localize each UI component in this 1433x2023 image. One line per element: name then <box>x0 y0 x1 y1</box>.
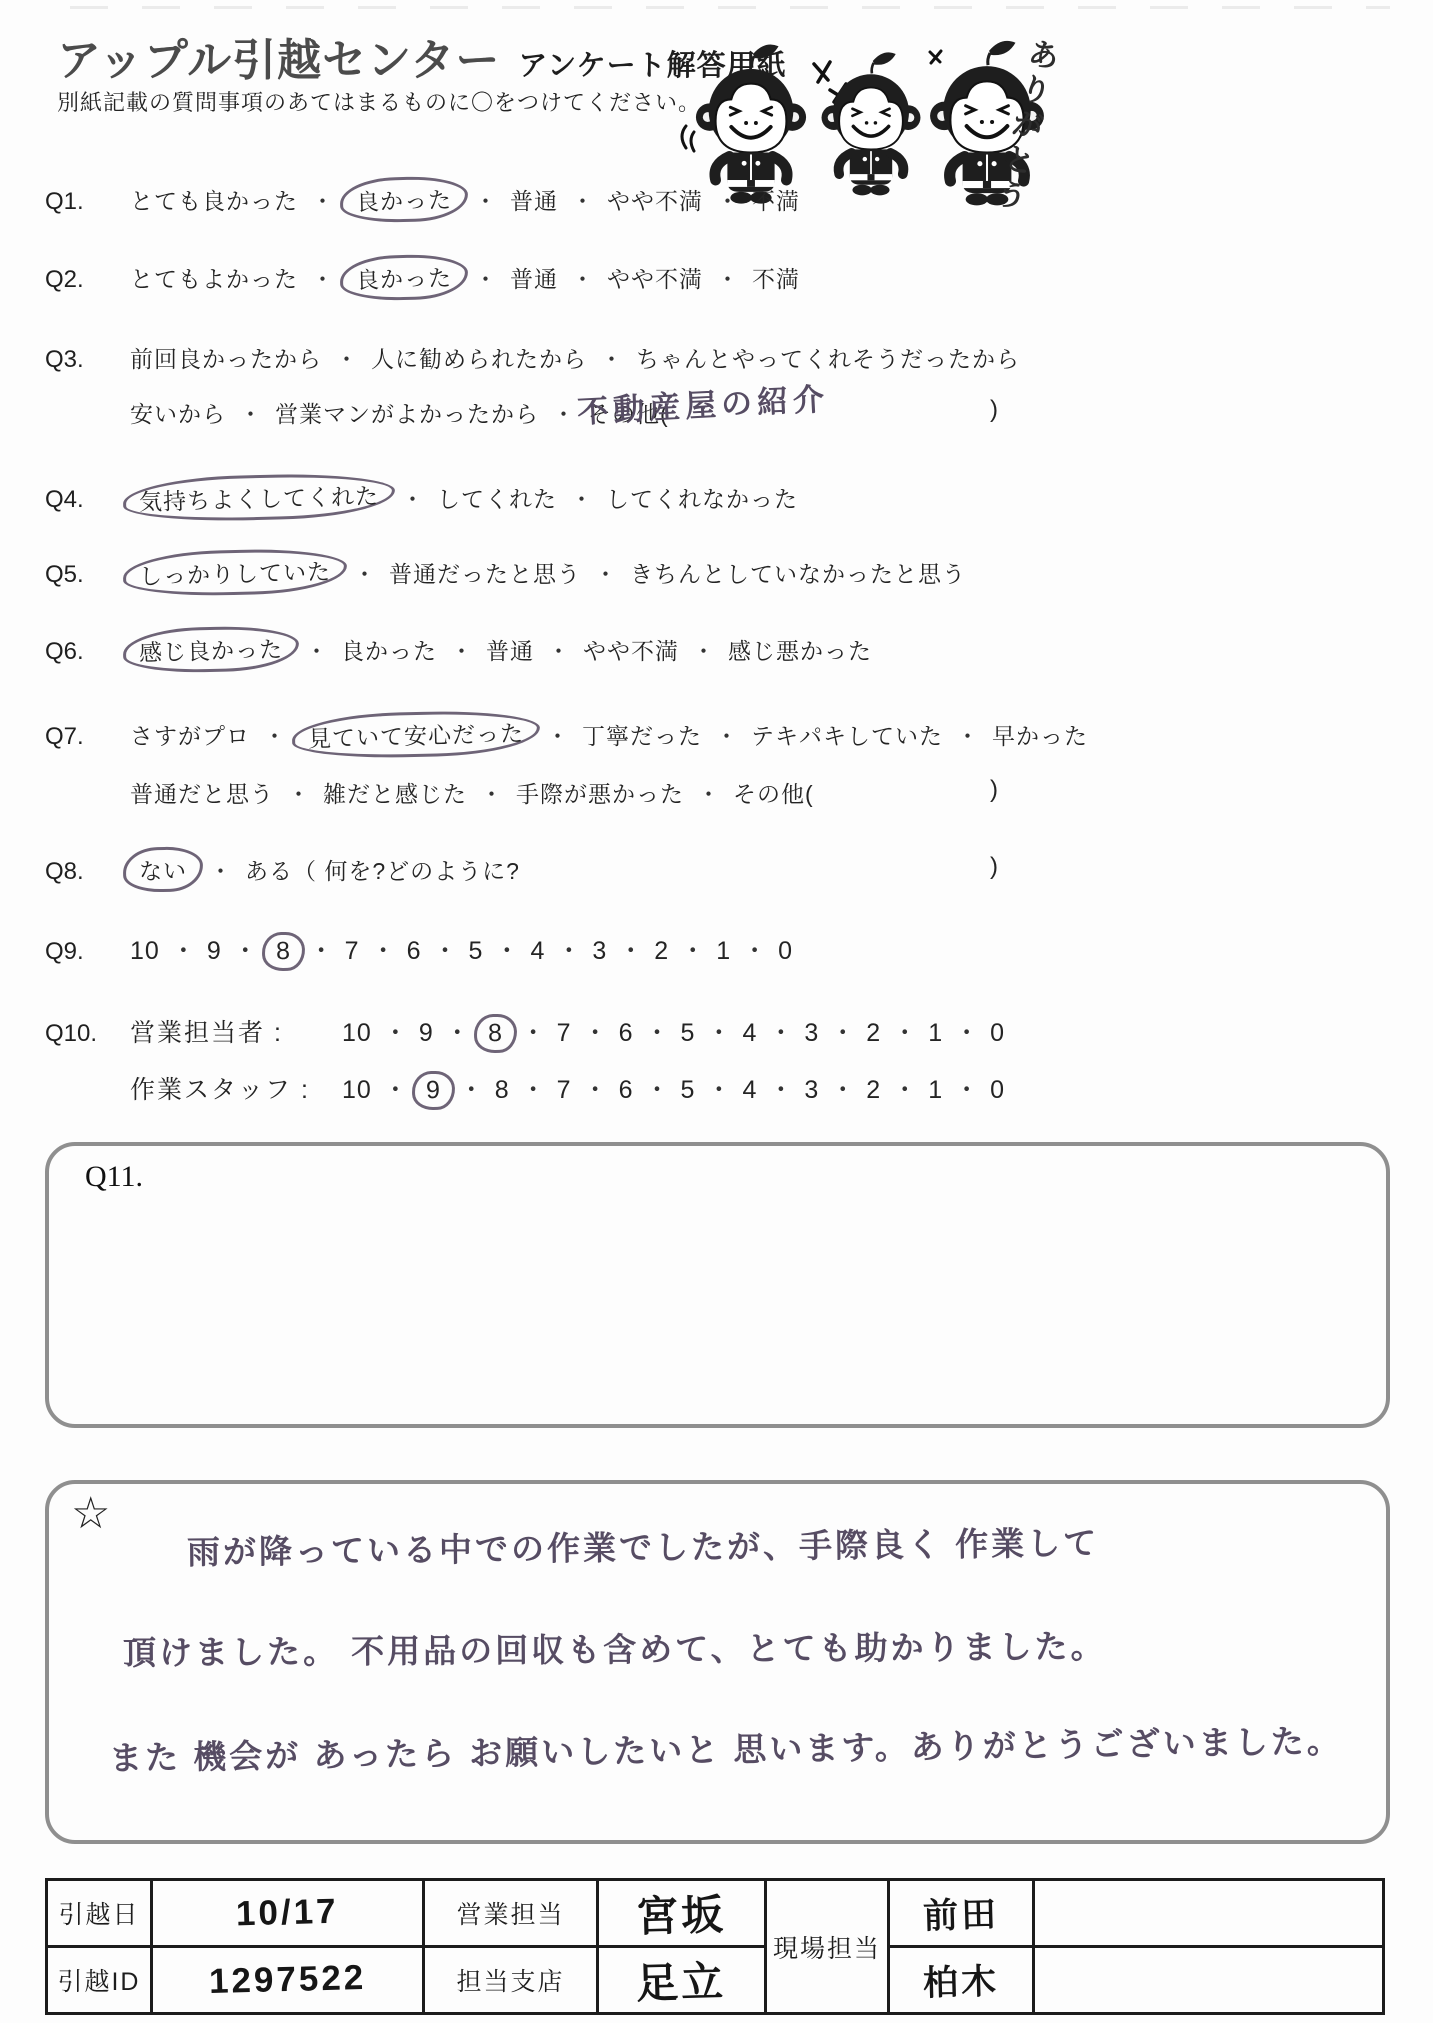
option-separator: ・ <box>716 266 739 292</box>
footer-table: 引越日 10/17 営業担当 宮坂 現場担当 前田 引越ID 1297522 担… <box>45 1878 1385 2015</box>
handwritten-comment-line: また 機会が あったら お願いしたいと 思います。ありがとうございました。 <box>109 1715 1343 1779</box>
question-label: Q4. <box>45 486 130 514</box>
answer-option: 普通 <box>510 266 558 292</box>
option-separator: ・ <box>287 781 310 807</box>
rating-scale: 10・9・8・7・6・5・4・3・2・1・0 <box>130 937 793 965</box>
option-separator: ・ <box>571 266 594 292</box>
option-separator: ・ <box>716 188 739 214</box>
option-separator: ・ <box>570 486 593 512</box>
question-row-q7: Q7.さすがプロ・見ていて安心だった・丁寧だった・テキパキしていた・早かった <box>45 718 1390 751</box>
answer-option: きちんとしていなかったと思う <box>630 561 966 587</box>
handwritten-value: 1297522 <box>208 1958 366 2002</box>
scan-artifact <box>70 6 1390 9</box>
question-row-q10-sales: Q10.営業担当者 :10・9・8・7・6・5・4・3・2・1・0 <box>45 1013 1390 1049</box>
option-separator: ・ <box>305 638 328 664</box>
circled-answer: 8 <box>261 931 305 971</box>
question-label: Q2. <box>45 266 130 294</box>
answer-option: 8 <box>495 1076 510 1104</box>
question-label: Q5. <box>45 561 130 589</box>
star-icon: ☆ <box>71 1488 110 1539</box>
branch-label: 担当支店 <box>424 1947 598 2014</box>
question-row-q8: Q8.ない・ある（ 何を?どのように? ) <box>45 853 1390 886</box>
handwritten-comment-line: 頂けました。 不用品の回収も含めて、とても助かりました。 <box>123 1621 1107 1675</box>
option-separator: ・ <box>209 858 232 884</box>
handwritten-comment-line: 雨が降っている中での作業でしたが、手際良く 作業して <box>187 1517 1100 1574</box>
question-options: 気持ちよくしてくれた・してくれた・してくれなかった <box>130 486 798 512</box>
answer-option: ある（ 何を?どのように? <box>245 858 520 884</box>
footer-row-1: 引越日 10/17 営業担当 宮坂 現場担当 前田 <box>47 1880 1384 1947</box>
option-separator: ・ <box>830 1019 855 1047</box>
motion-lines-icon <box>682 126 694 151</box>
answer-option: 2 <box>654 937 669 965</box>
answer-option: 0 <box>990 1076 1005 1104</box>
answer-option: 感じ悪かった <box>728 638 872 664</box>
option-separator: ・ <box>571 188 594 214</box>
question-options: とても良かった・良かった・普通・やや不満・不満 <box>130 188 800 214</box>
answer-option: 普通 <box>486 638 534 664</box>
answer-option: 5 <box>681 1019 696 1047</box>
answer-option: 安いから <box>130 401 226 427</box>
move-id-label: 引越ID <box>47 1947 152 2014</box>
answer-option: 6 <box>619 1076 634 1104</box>
field-staff-label: 現場担当 <box>766 1880 889 2014</box>
option-separator: ・ <box>433 937 458 965</box>
option-separator: ・ <box>494 937 519 965</box>
answer-option: 1 <box>716 937 731 965</box>
handwritten-value: 柏木 <box>922 1954 999 2006</box>
close-paren: ) <box>990 853 998 881</box>
question-options: 感じ良かった・良かった・普通・やや不満・感じ悪かった <box>130 638 872 664</box>
brand-title: アップル引越センター <box>57 24 500 88</box>
answer-option: 0 <box>778 937 793 965</box>
answer-option: 普通だと思う <box>130 781 274 807</box>
answer-option: 2 <box>866 1076 881 1104</box>
option-separator: ・ <box>892 1076 917 1104</box>
close-paren: ) <box>990 776 998 804</box>
question-row-q1: Q1.とても良かった・良かった・普通・やや不満・不満 <box>45 183 1390 216</box>
answer-option: してくれた <box>437 486 557 512</box>
close-paren: ) <box>990 396 998 424</box>
question-label: Q3. <box>45 346 130 374</box>
answer-option: 5 <box>681 1076 696 1104</box>
answer-option: 1 <box>928 1076 943 1104</box>
question-options: ない・ある（ 何を?どのように? <box>130 858 520 884</box>
answer-option: 3 <box>804 1076 819 1104</box>
answer-option: 不満 <box>752 188 800 214</box>
answer-option: 10 <box>342 1076 372 1104</box>
answer-option: テキパキしていた <box>751 723 943 749</box>
option-separator: ・ <box>706 1076 731 1104</box>
option-separator: ・ <box>474 266 497 292</box>
footer-row-2: 引越ID 1297522 担当支店 足立 柏木 <box>47 1947 1384 2014</box>
question-row-q3: Q3.前回良かったから・人に勧められたから・ちゃんとやってくれそうだったから <box>45 341 1390 374</box>
question-row-q9: Q9.10・9・8・7・6・5・4・3・2・1・0 <box>45 931 1390 967</box>
answer-option: その他( <box>733 781 814 807</box>
circled-answer: 良かった <box>339 253 468 301</box>
option-separator: ・ <box>645 1019 670 1047</box>
option-separator: ・ <box>830 1076 855 1104</box>
answer-option: 1 <box>928 1019 943 1047</box>
sparkle-icon <box>930 51 941 63</box>
option-separator: ・ <box>547 638 570 664</box>
option-separator: ・ <box>706 1019 731 1047</box>
footer-empty-cell <box>1034 1947 1384 2014</box>
option-separator: ・ <box>401 486 424 512</box>
option-separator: ・ <box>445 1019 470 1047</box>
option-separator: ・ <box>171 937 196 965</box>
option-separator: ・ <box>556 937 581 965</box>
answer-option: 手際が悪かった <box>516 781 684 807</box>
answer-option: 10 <box>342 1019 372 1047</box>
option-separator: ・ <box>383 1019 408 1047</box>
rating-prefix: 作業スタッフ : <box>130 1070 342 1106</box>
answer-option: 9 <box>419 1019 434 1047</box>
option-separator: ・ <box>335 346 358 372</box>
answer-option: 不満 <box>752 266 800 292</box>
answer-option: 早かった <box>992 723 1088 749</box>
option-separator: ・ <box>583 1019 608 1047</box>
answer-option: 3 <box>592 937 607 965</box>
handwritten-value: 前田 <box>922 1887 999 1939</box>
answer-option: 4 <box>742 1076 757 1104</box>
option-separator: ・ <box>956 723 979 749</box>
answer-option: 10 <box>130 937 160 965</box>
answer-option: 普通だったと思う <box>389 561 581 587</box>
handwritten-value: 10/17 <box>236 1892 340 1935</box>
question-row-q4: Q4.気持ちよくしてくれた・してくれた・してくれなかった <box>45 481 1390 514</box>
answer-option: とても良かった <box>130 188 298 214</box>
option-separator: ・ <box>742 937 767 965</box>
move-date-label: 引越日 <box>47 1880 152 1947</box>
question-row-q5: Q5.しっかりしていた・普通だったと思う・きちんとしていなかったと思う <box>45 556 1390 589</box>
option-separator: ・ <box>353 561 376 587</box>
question-row-q2: Q2.とてもよかった・良かった・普通・やや不満・不満 <box>45 261 1390 294</box>
answer-option: 前回良かったから <box>130 346 322 372</box>
option-separator: ・ <box>263 723 286 749</box>
option-separator: ・ <box>311 188 334 214</box>
option-separator: ・ <box>474 188 497 214</box>
option-separator: ・ <box>383 1076 408 1104</box>
question-label: Q6. <box>45 638 130 666</box>
option-separator: ・ <box>459 1076 484 1104</box>
rating-prefix: 営業担当者 : <box>130 1013 342 1049</box>
option-separator: ・ <box>309 937 334 965</box>
option-separator: ・ <box>645 1076 670 1104</box>
footer-empty-cell <box>1034 1880 1384 1947</box>
instruction-text: 別紙記載の質問事項のあてはまるものに〇をつけてください。 <box>57 86 701 117</box>
circled-answer: 感じ良かった <box>122 625 299 675</box>
answer-option: 7 <box>557 1019 572 1047</box>
question-label: Q1. <box>45 188 130 216</box>
rating-scale: 10・9・8・7・6・5・4・3・2・1・0 <box>342 1076 1005 1104</box>
answer-option: 7 <box>557 1076 572 1104</box>
answer-option: 4 <box>742 1019 757 1047</box>
question-label: Q10. <box>45 1020 130 1048</box>
circled-answer: 良かった <box>339 175 468 223</box>
star-comment-box: ☆ 雨が降っている中での作業でしたが、手際良く 作業して 頂けました。 不用品の… <box>45 1480 1390 1844</box>
q11-comment-box: Q11. <box>45 1142 1390 1428</box>
answer-option: やや不満 <box>607 266 703 292</box>
circled-answer: 9 <box>411 1070 455 1110</box>
answer-option: 2 <box>866 1019 881 1047</box>
circled-answer: しっかりしていた <box>122 547 347 598</box>
answer-option: 営業マンがよかったから <box>275 401 539 427</box>
option-separator: ・ <box>697 781 720 807</box>
option-separator: ・ <box>552 401 575 427</box>
question-label: Q9. <box>45 938 130 966</box>
answer-option: 人に勧められたから <box>371 346 587 372</box>
option-separator: ・ <box>715 723 738 749</box>
question-row-q3-line2: 安いから・営業マンがよかったから・その他( 不動産屋の紹介 ) <box>45 396 1390 429</box>
answer-option: 雑だと感じた <box>323 781 467 807</box>
answer-option: 6 <box>407 937 422 965</box>
option-separator: ・ <box>233 937 258 965</box>
option-separator: ・ <box>954 1019 979 1047</box>
option-separator: ・ <box>692 638 715 664</box>
option-separator: ・ <box>768 1076 793 1104</box>
option-separator: ・ <box>371 937 396 965</box>
answer-option: さすがプロ <box>130 723 250 749</box>
option-separator: ・ <box>239 401 262 427</box>
option-separator: ・ <box>546 723 569 749</box>
answer-option: 4 <box>530 937 545 965</box>
answer-option: とてもよかった <box>130 266 298 292</box>
question-options: しっかりしていた・普通だったと思う・きちんとしていなかったと思う <box>130 561 966 587</box>
question-row-q10-staff: 作業スタッフ :10・9・8・7・6・5・4・3・2・1・0 <box>45 1070 1390 1106</box>
answer-option: やや不満 <box>583 638 679 664</box>
option-separator: ・ <box>600 346 623 372</box>
answer-option: 9 <box>207 937 222 965</box>
option-separator: ・ <box>450 638 473 664</box>
answer-option: 3 <box>804 1019 819 1047</box>
answer-option: してくれなかった <box>606 486 798 512</box>
option-separator: ・ <box>583 1076 608 1104</box>
answer-option: 7 <box>345 937 360 965</box>
question-options: とてもよかった・良かった・普通・やや不満・不満 <box>130 266 800 292</box>
answer-option: やや不満 <box>607 188 703 214</box>
circled-answer: 8 <box>473 1013 517 1053</box>
option-separator: ・ <box>480 781 503 807</box>
sales-rep-label: 営業担当 <box>424 1880 598 1947</box>
answer-option: 5 <box>469 937 484 965</box>
monkey-mascot-icon <box>696 45 806 204</box>
rating-scale: 10・9・8・7・6・5・4・3・2・1・0 <box>342 1019 1005 1047</box>
option-separator: ・ <box>521 1076 546 1104</box>
sales-rep-value: 宮坂 <box>598 1880 766 1947</box>
option-separator: ・ <box>521 1019 546 1047</box>
answer-option: ちゃんとやってくれそうだったから <box>636 346 1020 372</box>
monkey-mascot-icon <box>822 52 921 195</box>
option-separator: ・ <box>892 1019 917 1047</box>
move-id-value: 1297522 <box>152 1947 424 2014</box>
circled-answer: 見ていて安心だった <box>291 709 540 760</box>
option-separator: ・ <box>680 937 705 965</box>
circled-answer: 気持ちよくしてくれた <box>122 471 395 523</box>
field-staff-value-1: 前田 <box>889 1880 1034 1947</box>
question-options: 普通だと思う・雑だと感じた・手際が悪かった・その他( <box>130 781 814 807</box>
answer-option: 6 <box>619 1019 634 1047</box>
option-separator: ・ <box>311 266 334 292</box>
question-label: Q7. <box>45 723 130 751</box>
field-staff-value-2: 柏木 <box>889 1947 1034 2014</box>
branch-value: 足立 <box>598 1947 766 2014</box>
handwritten-value: 宮坂 <box>636 1882 728 1944</box>
question-options: 前回良かったから・人に勧められたから・ちゃんとやってくれそうだったから <box>130 346 1020 372</box>
question-row-q7-line2: 普通だと思う・雑だと感じた・手際が悪かった・その他( ) <box>45 776 1390 809</box>
question-row-q6: Q6.感じ良かった・良かった・普通・やや不満・感じ悪かった <box>45 633 1390 666</box>
option-separator: ・ <box>594 561 617 587</box>
move-date-value: 10/17 <box>152 1880 424 1947</box>
answer-option: 良かった <box>341 638 437 664</box>
handwritten-value: 足立 <box>636 1949 728 2011</box>
answer-option: 普通 <box>510 188 558 214</box>
handwritten-answer: 不動産屋の紹介 <box>576 373 830 431</box>
option-separator: ・ <box>618 937 643 965</box>
circled-answer: ない <box>122 846 203 893</box>
answer-option: 0 <box>990 1019 1005 1047</box>
answer-option: 丁寧だった <box>582 723 702 749</box>
option-separator: ・ <box>768 1019 793 1047</box>
option-separator: ・ <box>954 1076 979 1104</box>
question-options: さすがプロ・見ていて安心だった・丁寧だった・テキパキしていた・早かった <box>130 723 1088 749</box>
question-label: Q8. <box>45 858 130 886</box>
q11-label: Q11. <box>85 1160 143 1194</box>
